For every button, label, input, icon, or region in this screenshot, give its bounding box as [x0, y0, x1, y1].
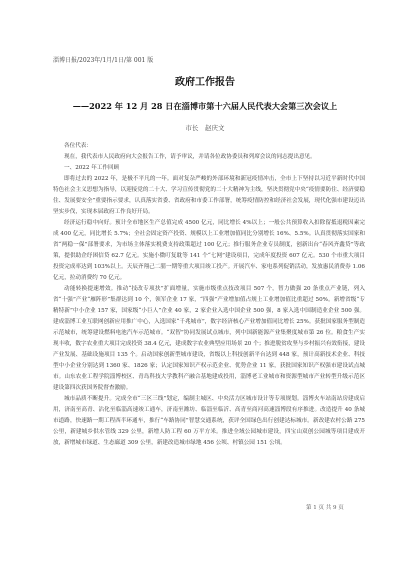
paragraph: 即将过去的 2022 年，是极不平凡的一年。面对复杂严峻的外部环境和新冠疫情冲击…	[53, 174, 365, 218]
paragraph: 动能转换提速增效。推动“技改专项扶”扩面增量，实施市级重点技改项目 507 个，…	[53, 284, 365, 394]
paragraph: 城市品质不断提升。完成全市“三区三线”划定，编制主城区、中央活力区城市设计等专项…	[53, 394, 365, 449]
section-heading: 一、2022 年工作回顾	[53, 163, 365, 174]
salutation: 各位代表：	[53, 141, 365, 152]
document-body: 各位代表： 现在，我代表市人民政府向大会报告工作，请予审议，并请各位政协委员和列…	[53, 141, 365, 449]
newspaper-meta: 淄博日报/2023年/1月/1日/第 001 版	[53, 55, 153, 64]
document-author: 市长 赵庆文	[0, 123, 410, 132]
document-title: 政府工作报告	[0, 73, 410, 88]
paragraph: 经济运行稳中向好。预计全市地区生产总值完成 4500 亿元，同比增长 4%以上；…	[53, 218, 365, 284]
document-subtitle: ——2022 年 12 月 28 日在淄博市第十六届人民代表大会第三次会议上	[0, 101, 410, 112]
intro-paragraph: 现在，我代表市人民政府向大会报告工作，请予审议，并请各位政协委员和列席会议的同志…	[53, 152, 365, 163]
page-number: 第 1 页 共 9 页	[306, 503, 344, 511]
